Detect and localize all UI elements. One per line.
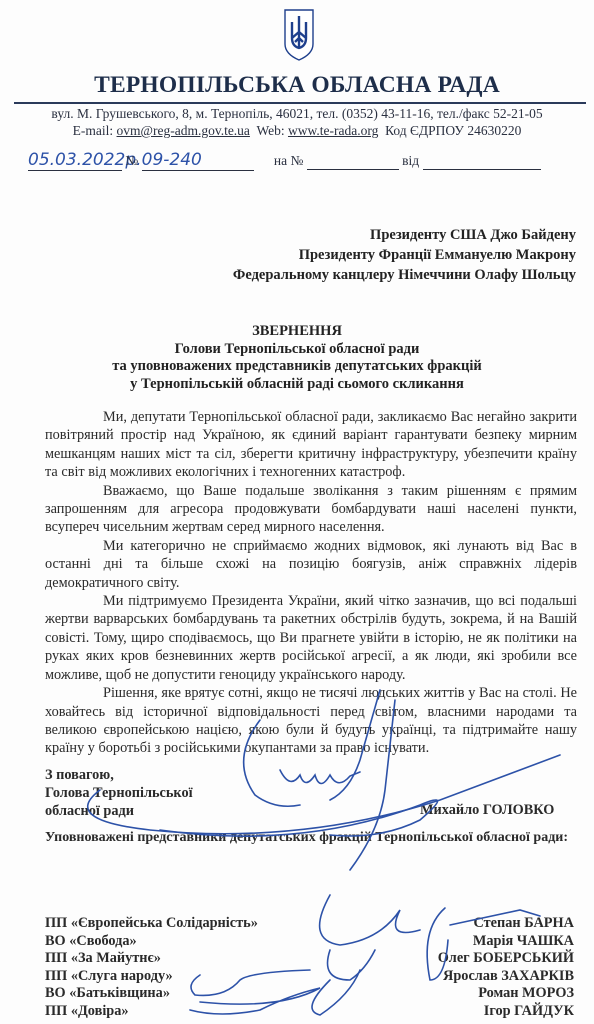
deputy-name: Степан БАРНА bbox=[438, 915, 574, 933]
number-label: № bbox=[125, 153, 138, 168]
closing-line: обласної ради bbox=[45, 802, 193, 820]
faction-item: ПП «Слуга народу» bbox=[45, 968, 258, 986]
faction-item: ПП «Європейська Солідарність» bbox=[45, 915, 258, 933]
heading-line: Голови Тернопільської обласної ради bbox=[0, 341, 594, 359]
registration-line: 05.03.2022р. № 09-240 на № від bbox=[28, 150, 588, 176]
header-divider bbox=[14, 102, 586, 104]
reply-to-number-blank bbox=[307, 153, 399, 170]
faction-item: ВО «Батьківщина» bbox=[45, 985, 258, 1003]
addressee-line: Президенту Франції Еммануелю Макрону bbox=[156, 245, 576, 265]
organization-title: ТЕРНОПІЛЬСЬКА ОБЛАСНА РАДА bbox=[0, 72, 594, 99]
from-label: від bbox=[402, 153, 419, 168]
email-link[interactable]: ovm@reg-adm.gov.te.ua bbox=[117, 123, 250, 138]
chairman-name: Михайло ГОЛОВКО bbox=[420, 802, 554, 819]
reply-to-label: на № bbox=[274, 153, 303, 168]
heading-line: та уповноважених представників депутатсь… bbox=[0, 358, 594, 376]
letter-body: Ми, депутати Тернопільської обласної рад… bbox=[45, 408, 577, 758]
deputy-name: Ігор ГАЙДУК bbox=[438, 1003, 574, 1021]
address-line: вул. М. Грушевського, 8, м. Тернопіль, 4… bbox=[0, 106, 594, 122]
contact-line: E-mail: ovm@reg-adm.gov.te.ua Web: www.t… bbox=[0, 123, 594, 139]
deputy-name: Ярослав ЗАХАРКІВ bbox=[438, 968, 574, 986]
paragraph: Ми підтримуємо Президента України, який … bbox=[45, 592, 577, 684]
paragraph: Ми категорично не сприймаємо жодних відм… bbox=[45, 537, 577, 592]
faction-item: ПП «Довіра» bbox=[45, 1003, 258, 1021]
closing-line: З повагою, bbox=[45, 766, 193, 784]
deputy-name: Марія ЧАШКА bbox=[438, 933, 574, 951]
paragraph: Ми, депутати Тернопільської обласної рад… bbox=[45, 408, 577, 482]
closing-block: З повагою, Голова Тернопільської обласно… bbox=[45, 766, 193, 820]
web-label: Web: bbox=[256, 123, 284, 138]
faction-item: ПП «За Майутнє» bbox=[45, 950, 258, 968]
deputy-name: Роман МОРОЗ bbox=[438, 985, 574, 1003]
addressee-line: Федеральному канцлеру Німеччини Олафу Шо… bbox=[156, 265, 576, 285]
paragraph: Вважаємо, що Ваше подальше зволікання з … bbox=[45, 482, 577, 537]
paragraph: Рішення, яке врятує сотні, якщо не тисяч… bbox=[45, 684, 577, 758]
deputy-name: Олег БОБЕРСЬКИЙ bbox=[438, 950, 574, 968]
addressee-line: Президенту США Джо Байдену bbox=[156, 225, 576, 245]
edrpou-code: 24630220 bbox=[467, 123, 521, 138]
document-title: ЗВЕРНЕННЯ bbox=[0, 323, 594, 341]
from-date-blank bbox=[423, 153, 541, 170]
faction-item: ВО «Свобода» bbox=[45, 933, 258, 951]
document-heading: ЗВЕРНЕННЯ Голови Тернопільської обласної… bbox=[0, 323, 594, 393]
coat-of-arms-icon bbox=[283, 8, 315, 62]
addressee-block: Президенту США Джо Байдену Президенту Фр… bbox=[156, 225, 576, 285]
factions-list: ПП «Європейська Солідарність» ВО «Свобод… bbox=[45, 915, 258, 1021]
email-label: E-mail: bbox=[73, 123, 114, 138]
web-link[interactable]: www.te-rada.org bbox=[288, 123, 378, 138]
representatives-heading: Уповноважені представники депутатських ф… bbox=[45, 829, 568, 847]
heading-line: у Тернопільській обласній раді сьомого с… bbox=[0, 376, 594, 394]
outgoing-number: 09-240 bbox=[142, 150, 254, 171]
closing-line: Голова Тернопільської bbox=[45, 784, 193, 802]
deputies-list: Степан БАРНА Марія ЧАШКА Олег БОБЕРСЬКИЙ… bbox=[438, 915, 574, 1021]
outgoing-date: 05.03.2022р. bbox=[28, 150, 122, 171]
code-label: Код ЄДРПОУ bbox=[385, 123, 464, 138]
